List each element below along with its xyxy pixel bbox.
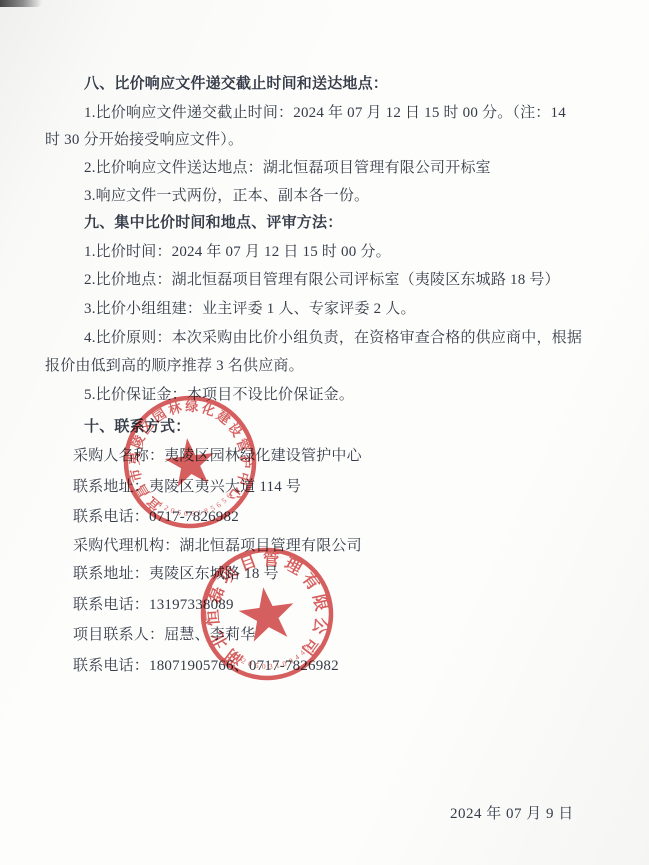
section-heading-8: 八、比价响应文件递交截止时间和送达地点：: [84, 74, 388, 94]
svg-text:项: 项: [216, 562, 241, 587]
svg-text:目: 目: [237, 551, 259, 575]
svg-text:公: 公: [309, 616, 331, 637]
doc-line: 4.比价原则：本次采购由比价小组负责，在资格审查合格的供应商中，根据: [84, 328, 582, 348]
svg-text:中: 中: [234, 470, 252, 487]
svg-text:0: 0: [262, 662, 267, 671]
doc-line: 3.比价小组组建：业主评委 1 人、专家评委 2 人。: [84, 299, 416, 319]
svg-text:6: 6: [191, 509, 195, 518]
svg-text:5: 5: [176, 508, 182, 518]
svg-text:3: 3: [269, 662, 274, 671]
agency-official-seal: 湖北恒磊项目管理有限公司420503100447: [192, 539, 342, 689]
svg-text:夷: 夷: [127, 451, 143, 465]
document-page: 八、比价响应文件递交截止时间和送达地点： 1.比价响应文件递交截止时间：2024…: [0, 0, 649, 865]
svg-text:0: 0: [281, 659, 288, 669]
svg-text:8: 8: [203, 506, 210, 516]
svg-text:林: 林: [167, 399, 185, 417]
svg-text:市: 市: [127, 467, 145, 483]
section-heading-9: 九、集中比价时间和地点、评审方法：: [84, 213, 342, 233]
svg-text:护: 护: [238, 455, 253, 468]
svg-text:1: 1: [275, 661, 281, 671]
svg-text:有: 有: [298, 569, 324, 595]
svg-text:理: 理: [281, 554, 305, 579]
svg-text:管: 管: [234, 437, 252, 454]
doc-line: 1.比价响应文件递交截止时间：2024 年 07 月 12 日 15 时 00 …: [84, 103, 566, 123]
doc-line: 2.比价地点：湖北恒磊项目管理有限公司评标室（夷陵区东城路 18 号）: [84, 270, 560, 290]
svg-text:0: 0: [169, 506, 176, 516]
purchaser-official-seal: 宜昌市夷陵区园林绿化建设管护中心420506185656: [115, 387, 265, 537]
svg-text:1: 1: [197, 508, 203, 518]
document-date: 2024 年 07 月 9 日: [450, 802, 574, 823]
svg-text:限: 限: [309, 593, 331, 614]
doc-line: 1.比价时间：2024 年 07 月 12 日 15 时 00 分。: [84, 242, 391, 262]
doc-line: 时 30 分开始接受响应文件）。: [45, 130, 243, 150]
scan-corner-artifact: [0, 0, 42, 7]
svg-text:0: 0: [247, 659, 254, 669]
svg-text:5: 5: [254, 661, 260, 671]
svg-text:管: 管: [262, 549, 280, 570]
doc-line: 3.响应文件一式两份，正本、副本各一份。: [84, 186, 369, 206]
svg-text:0: 0: [184, 509, 189, 518]
svg-text:陵: 陵: [129, 433, 148, 451]
svg-text:化: 化: [199, 400, 217, 419]
doc-line: 2.比价响应文件送达地点：湖北恒磊项目管理有限公司开标室: [84, 158, 491, 178]
svg-text:恒: 恒: [202, 608, 223, 626]
doc-line: 报价由低到高的顺序推荐 3 名供应商。: [45, 356, 304, 376]
svg-text:2: 2: [163, 503, 171, 513]
svg-text:绿: 绿: [185, 399, 198, 414]
